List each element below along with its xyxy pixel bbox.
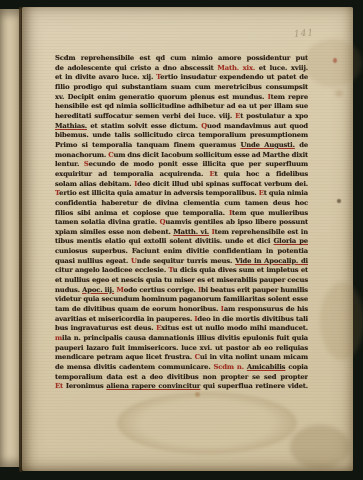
text-line: mila n. principalis causa damnationis il…	[55, 334, 308, 344]
text-line: Primo si temporalia tanquam finem queram…	[55, 141, 308, 151]
text-line: exquiritur ad temporalia acquirenda. Et …	[55, 170, 308, 180]
text-line: tamen solatia divina gratie. Quamvis gen…	[55, 218, 308, 228]
text-line: hensibile est qd nimia sollicitudine adh…	[55, 102, 308, 112]
red-ink-fleck	[333, 58, 337, 63]
text-line: hereditati suffocatur semen verbi dei lu…	[55, 112, 308, 122]
text-line: quasi nullius egeat. Unde sequitur turri…	[55, 257, 308, 267]
facing-page-edge	[0, 9, 21, 467]
stain	[337, 199, 341, 203]
text-line: bus ingravaturus est deus. Exitus est ut…	[55, 324, 308, 334]
text-line: et nullius egeo et nescis quia tu miser …	[55, 276, 308, 286]
text-line: de mensa divitis cadentem communicare. S…	[55, 363, 308, 373]
text-line: pauperi lazaro fuit immisericors. luce x…	[55, 344, 308, 354]
text-line: lentur. Secundo de modo ponit esse illic…	[55, 160, 308, 170]
water-stain	[117, 392, 297, 454]
scanner-background: { "document": { "kind": "incunabulum-pag…	[0, 0, 363, 480]
text-line: temporalium data est a deo divitibus non…	[55, 373, 308, 383]
text-line: videtur quia secundum hominum paganorum …	[55, 295, 308, 305]
text-line: de adolescente qui cristo a dno abscessi…	[55, 64, 308, 74]
text-line: confidentia haberetur de divina clementi…	[55, 199, 308, 209]
text-line: xpiam similes esse non debent. Matth. vi…	[55, 228, 308, 238]
text-line: Mathias. et statim solvit esse dictum. Q…	[55, 122, 308, 132]
text-line: monachorum. Cum dns dicit Iacobum sollic…	[55, 151, 308, 161]
text-line: filios sibi anima et copiose que tempora…	[55, 209, 308, 219]
handwritten-folio-annotation: 141	[294, 28, 315, 40]
text-line: mendicare petram aque licet frustra. Cui…	[55, 353, 308, 363]
text-line: Scdm reprehensibile est qd cum nimio amo…	[55, 54, 308, 64]
book-page-scan: 141 Scdm reprehensibile est qd cum nimio…	[22, 7, 353, 471]
text-line: avaritias et misericordia in pauperes. I…	[55, 315, 308, 325]
text-line: solam alias debitam. Ideo dicit illud ub…	[55, 180, 308, 190]
text-line: filio prodigo qui substantiam suam cum m…	[55, 83, 308, 93]
text-line: nudus. Apoc. iij. Modo certius corrige. …	[55, 286, 308, 296]
stain	[336, 91, 342, 96]
text-line: Et Ieronimus aliena rapere convincitur q…	[55, 382, 308, 392]
text-line: tam de divitibus quam de eorum honoribus…	[55, 305, 308, 315]
stain	[290, 425, 350, 469]
text-line: et in divite avaro luce. xij. Tertio ins…	[55, 73, 308, 83]
stain	[304, 39, 362, 87]
text-line: xv. Decipit enim generatio quorum plenus…	[55, 93, 308, 103]
text-line: Tertio est illicita quia amatur in adver…	[55, 189, 308, 199]
text-line: cuniosus superbus. Faciunt enim divitie …	[55, 247, 308, 257]
text-line: citur angelo laodicee ecclesie. Tu dicis…	[55, 266, 308, 276]
text-block: Scdm reprehensibile est qd cum nimio amo…	[55, 54, 308, 394]
text-line: tibus mentis elatio qui extolli solent d…	[55, 237, 308, 247]
text-line: bibemus. unde talis sollicitudo circa te…	[55, 131, 308, 141]
stain	[320, 282, 363, 360]
